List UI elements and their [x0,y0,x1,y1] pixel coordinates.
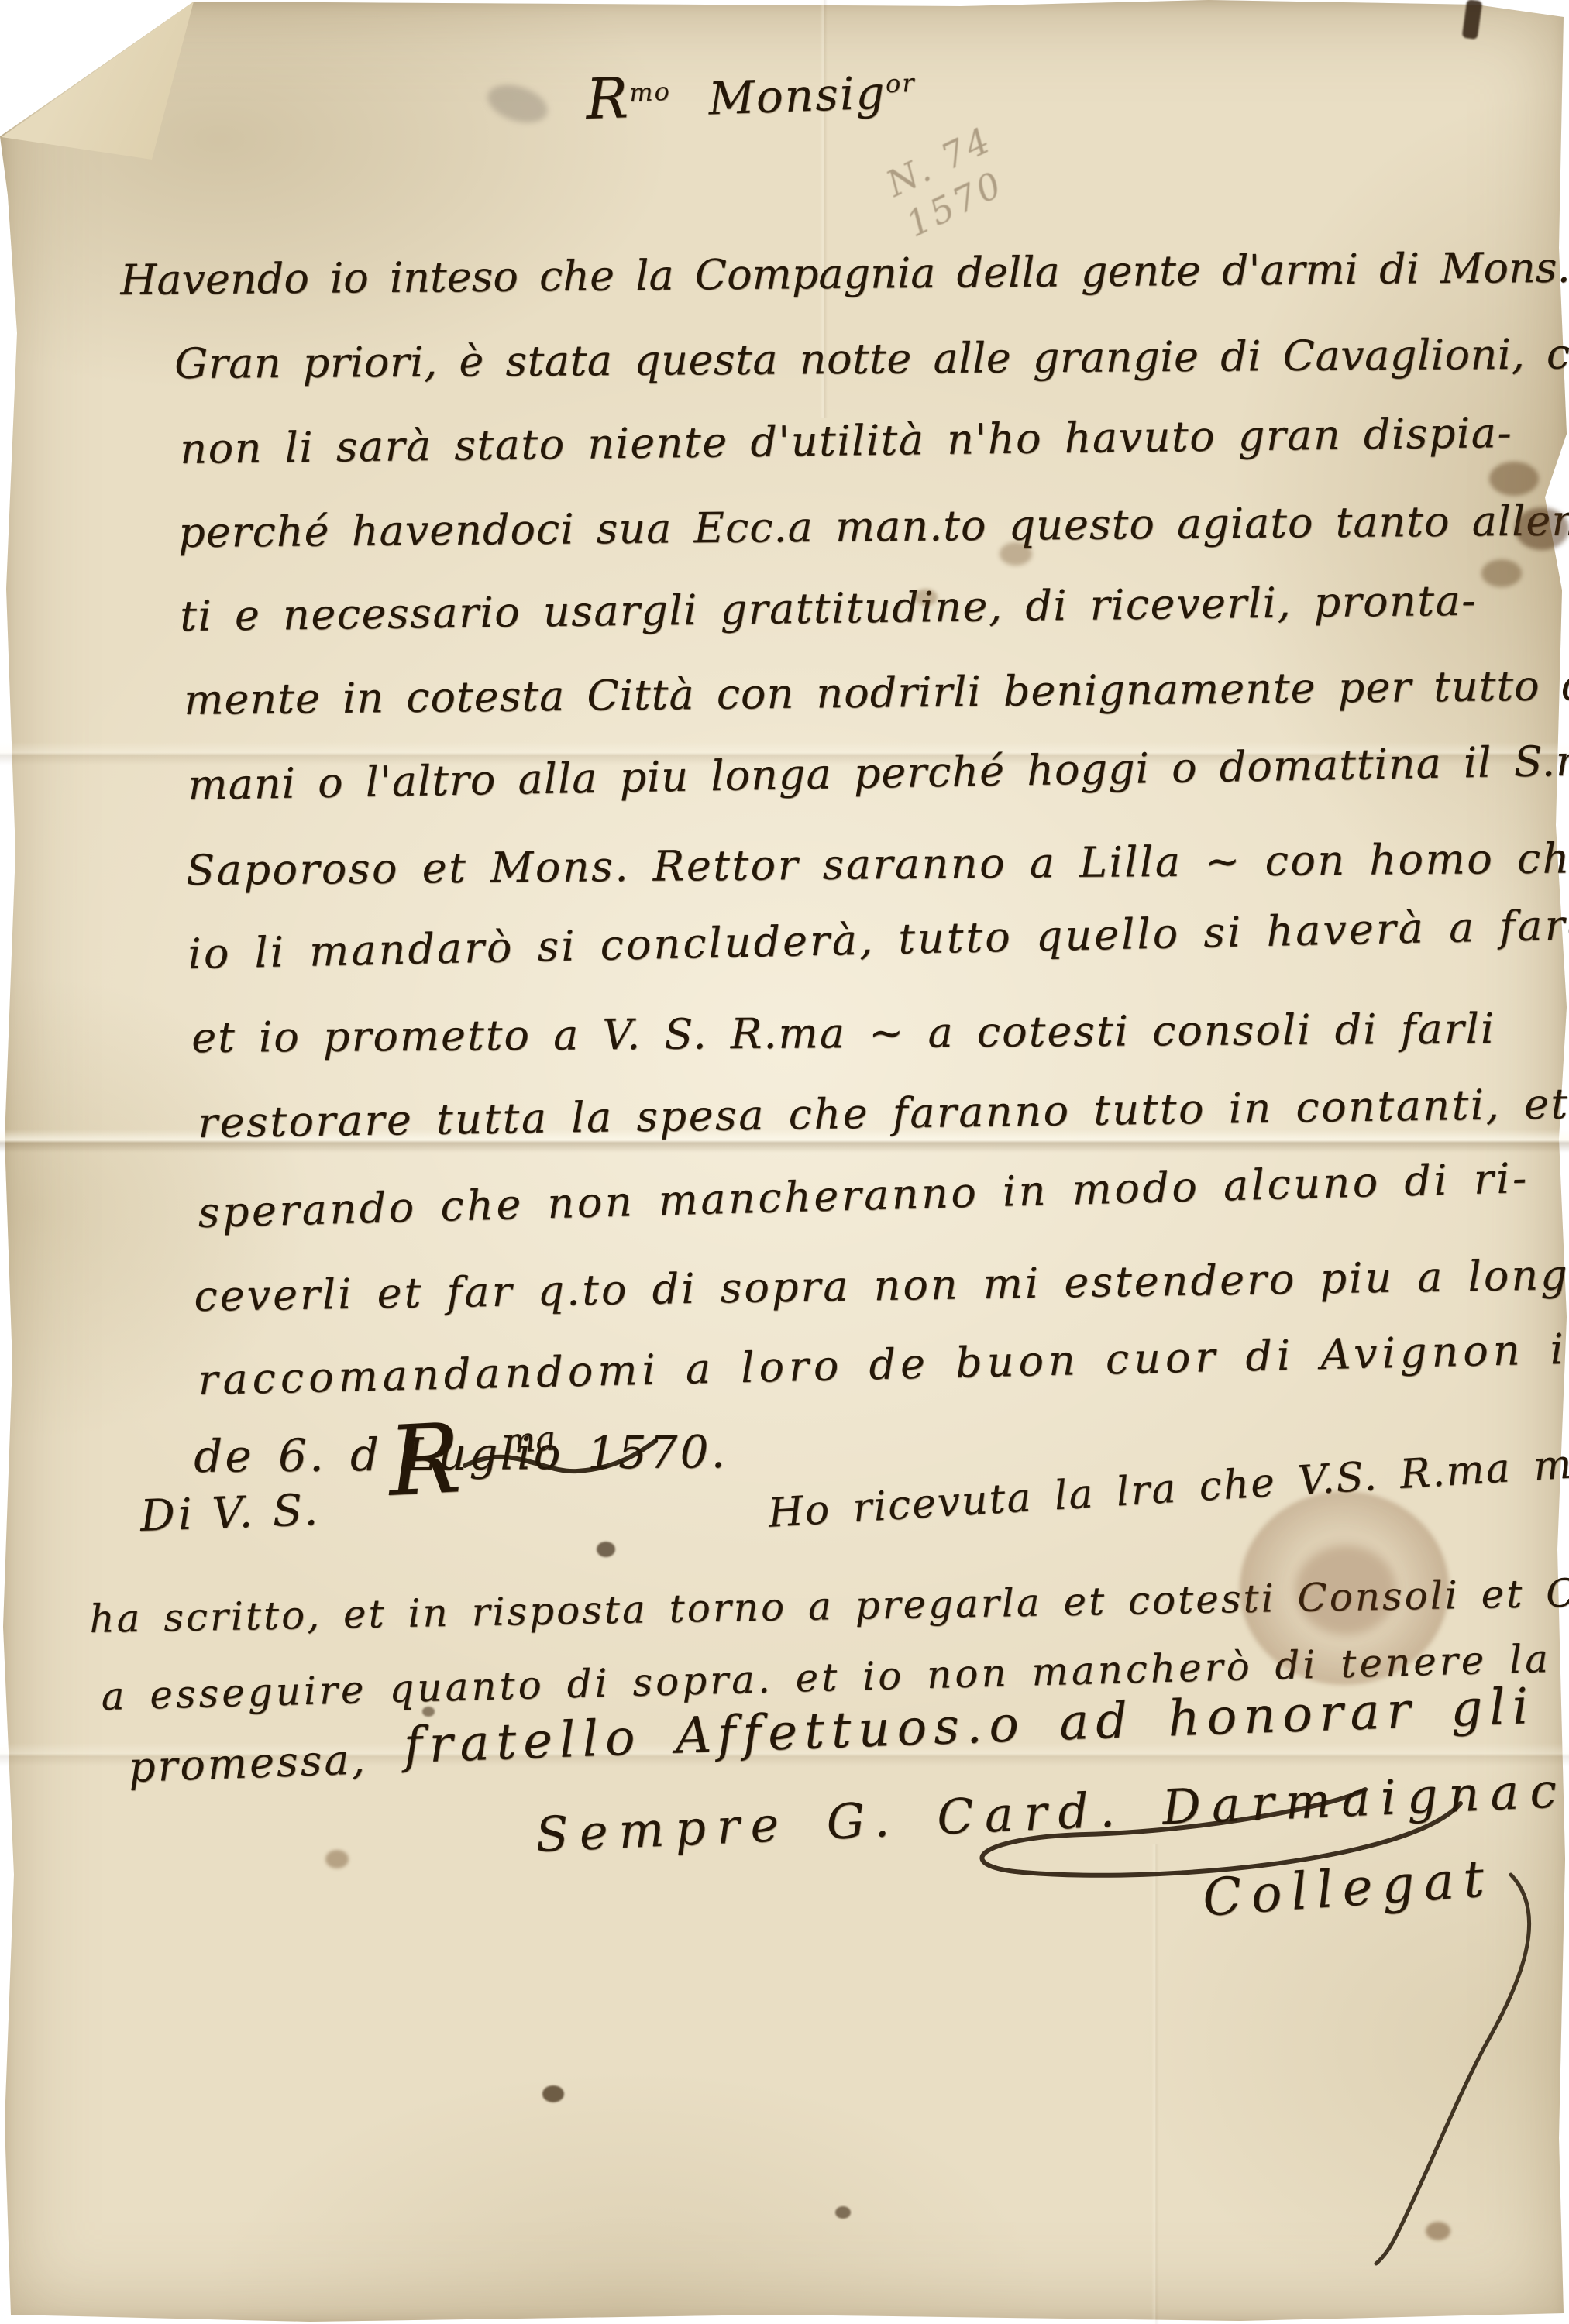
ink-blot [325,1850,349,1868]
body-line: Saporoso et Mons. Rettor saranno a Lilla… [186,837,1569,892]
heading-initial: R [585,65,631,132]
closing-formula: Di V. S. [139,1489,322,1538]
closing-initial-superscript: ma [502,1422,557,1459]
body-line: et io prometto a V. S. R.ma ~ a cotesti … [191,1008,1495,1059]
ink-speckle [914,589,938,606]
closing-initial: R [386,1411,463,1511]
ink-speckle [1000,542,1032,566]
edge-stain [1515,507,1569,550]
round-ink-stain-core [1295,1545,1396,1635]
edge-stain [1481,559,1522,587]
fold-crease-vertical-bottom [1151,1844,1159,2324]
ink-blot [835,2206,851,2219]
ink-blot [597,1542,615,1557]
heading-word-superscript: or [885,68,916,98]
ink-blot [542,2085,564,2102]
ink-blot [422,1707,435,1717]
heading-initial-superscript: mo [629,77,672,108]
body-line: perché havendoci sua Ecc.a man.to questo… [178,500,1569,554]
body-line: Havendo io inteso che la Compagnia della… [120,246,1569,301]
postscript-line: promessa, [128,1738,368,1789]
salutation-heading: Rmo Monsigor [585,60,917,127]
body-line: Gran priori, è stata questa notte alle g… [174,333,1569,385]
edge-stain [1489,462,1539,496]
heading-word: Monsig [707,66,886,125]
ink-blot [1426,2222,1450,2240]
manuscript-scan: N. 74 1570 Rmo Monsigor Havendo io intes… [0,0,1569,2324]
